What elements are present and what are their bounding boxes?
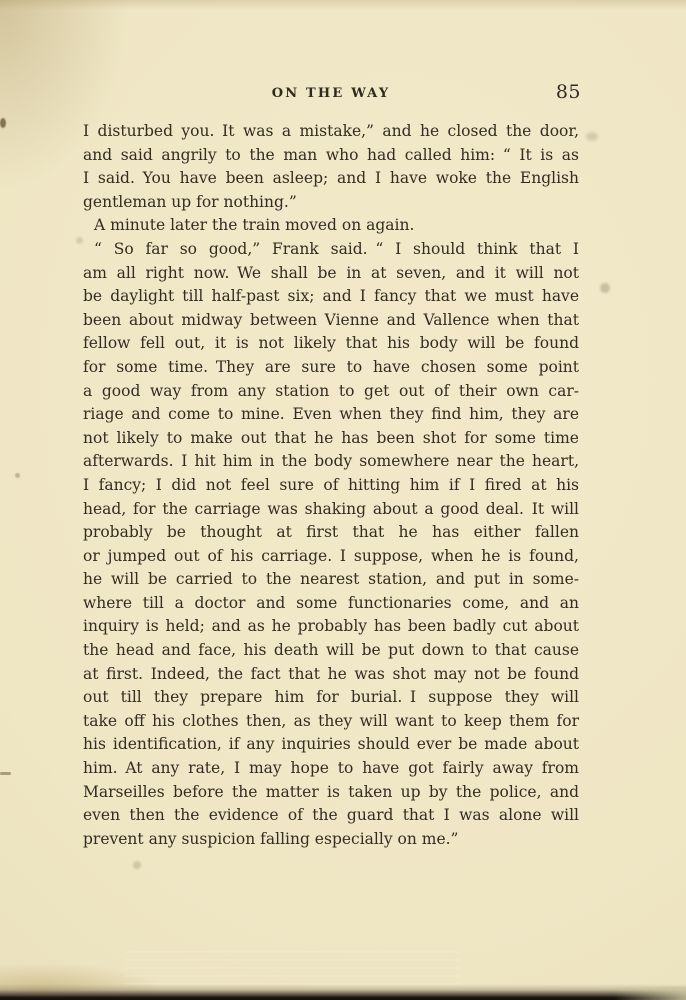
ink-speck [600,283,610,293]
text-line: been about midway between Vienne and Val… [83,309,579,333]
page-number: 85 [556,81,581,103]
text-line: be daylight till half-past six; and I fa… [83,285,579,309]
text-line: I disturbed you. It was a mistake,” and … [83,120,579,144]
ink-speck [0,118,6,128]
text-line: at first. Indeed, the fact that he was s… [83,663,579,687]
text-line: or jumped out of his carriage. I suppose… [83,545,579,569]
text-line: out till they prepare him for burial. I … [83,686,579,710]
text-line: gentleman up for nothing.” [83,191,579,215]
scan-streaks [125,951,460,987]
text-line: his identification, if any inquiries sho… [83,733,579,757]
text-line: he will be carried to the nearest statio… [83,568,579,592]
text-line: not likely to make out that he has been … [83,427,579,451]
text-line: inquiry is held; and as he probably has … [83,615,579,639]
text-line: A minute later the train moved on again. [83,214,579,238]
ink-speck [133,861,141,869]
text-line: I said. You have been asleep; and I have… [83,167,579,191]
scan-smudge [0,962,165,994]
text-line: and said angrily to the man who had call… [83,144,579,168]
bottom-edge-shadow [0,984,686,1000]
text-line: I fancy; I did not feel sure of hitting … [83,474,579,498]
text-block: I disturbed you. It was a mistake,” and … [83,120,579,851]
text-line: prevent any suspicion falling especially… [83,828,579,852]
paragraph: A minute later the train moved on again. [83,214,579,238]
running-title: ON THE WAY [272,86,391,101]
bottom-edge-fade [614,987,686,1000]
text-line: the head and face, his death will be put… [83,639,579,663]
book-page: ON THE WAY 85 I disturbed you. It was a … [0,0,686,1000]
text-line: riage and come to mine. Even when they f… [83,403,579,427]
text-line: him. At any rate, I may hope to have got… [83,757,579,781]
paragraph: I disturbed you. It was a mistake,” and … [83,120,579,214]
text-line: a good way from any station to get out o… [83,380,579,404]
text-line: “ So far so good,” Frank said. “ I shoul… [83,238,579,262]
text-line: even then the evidence of the guard that… [83,804,579,828]
ink-speck [0,772,11,775]
ink-speck [76,237,83,244]
text-line: take off his clothes then, as they will … [83,710,579,734]
text-line: for some time. They are sure to have cho… [83,356,579,380]
text-line: Marseilles before the matter is taken up… [83,781,579,805]
text-line: am all right now. We shall be in at seve… [83,262,579,286]
top-edge-shadow [0,0,686,10]
text-line: fellow fell out, it is not likely that h… [83,332,579,356]
text-line: probably be thought at first that he has… [83,521,579,545]
paragraph: “ So far so good,” Frank said. “ I shoul… [83,238,579,851]
page-header: ON THE WAY 85 [83,84,579,104]
text-line: afterwards. I hit him in the body somewh… [83,450,579,474]
text-line: head, for the carriage was shaking about… [83,498,579,522]
ink-speck [15,473,20,478]
ink-speck [586,132,598,141]
text-line: where till a doctor and some functionari… [83,592,579,616]
